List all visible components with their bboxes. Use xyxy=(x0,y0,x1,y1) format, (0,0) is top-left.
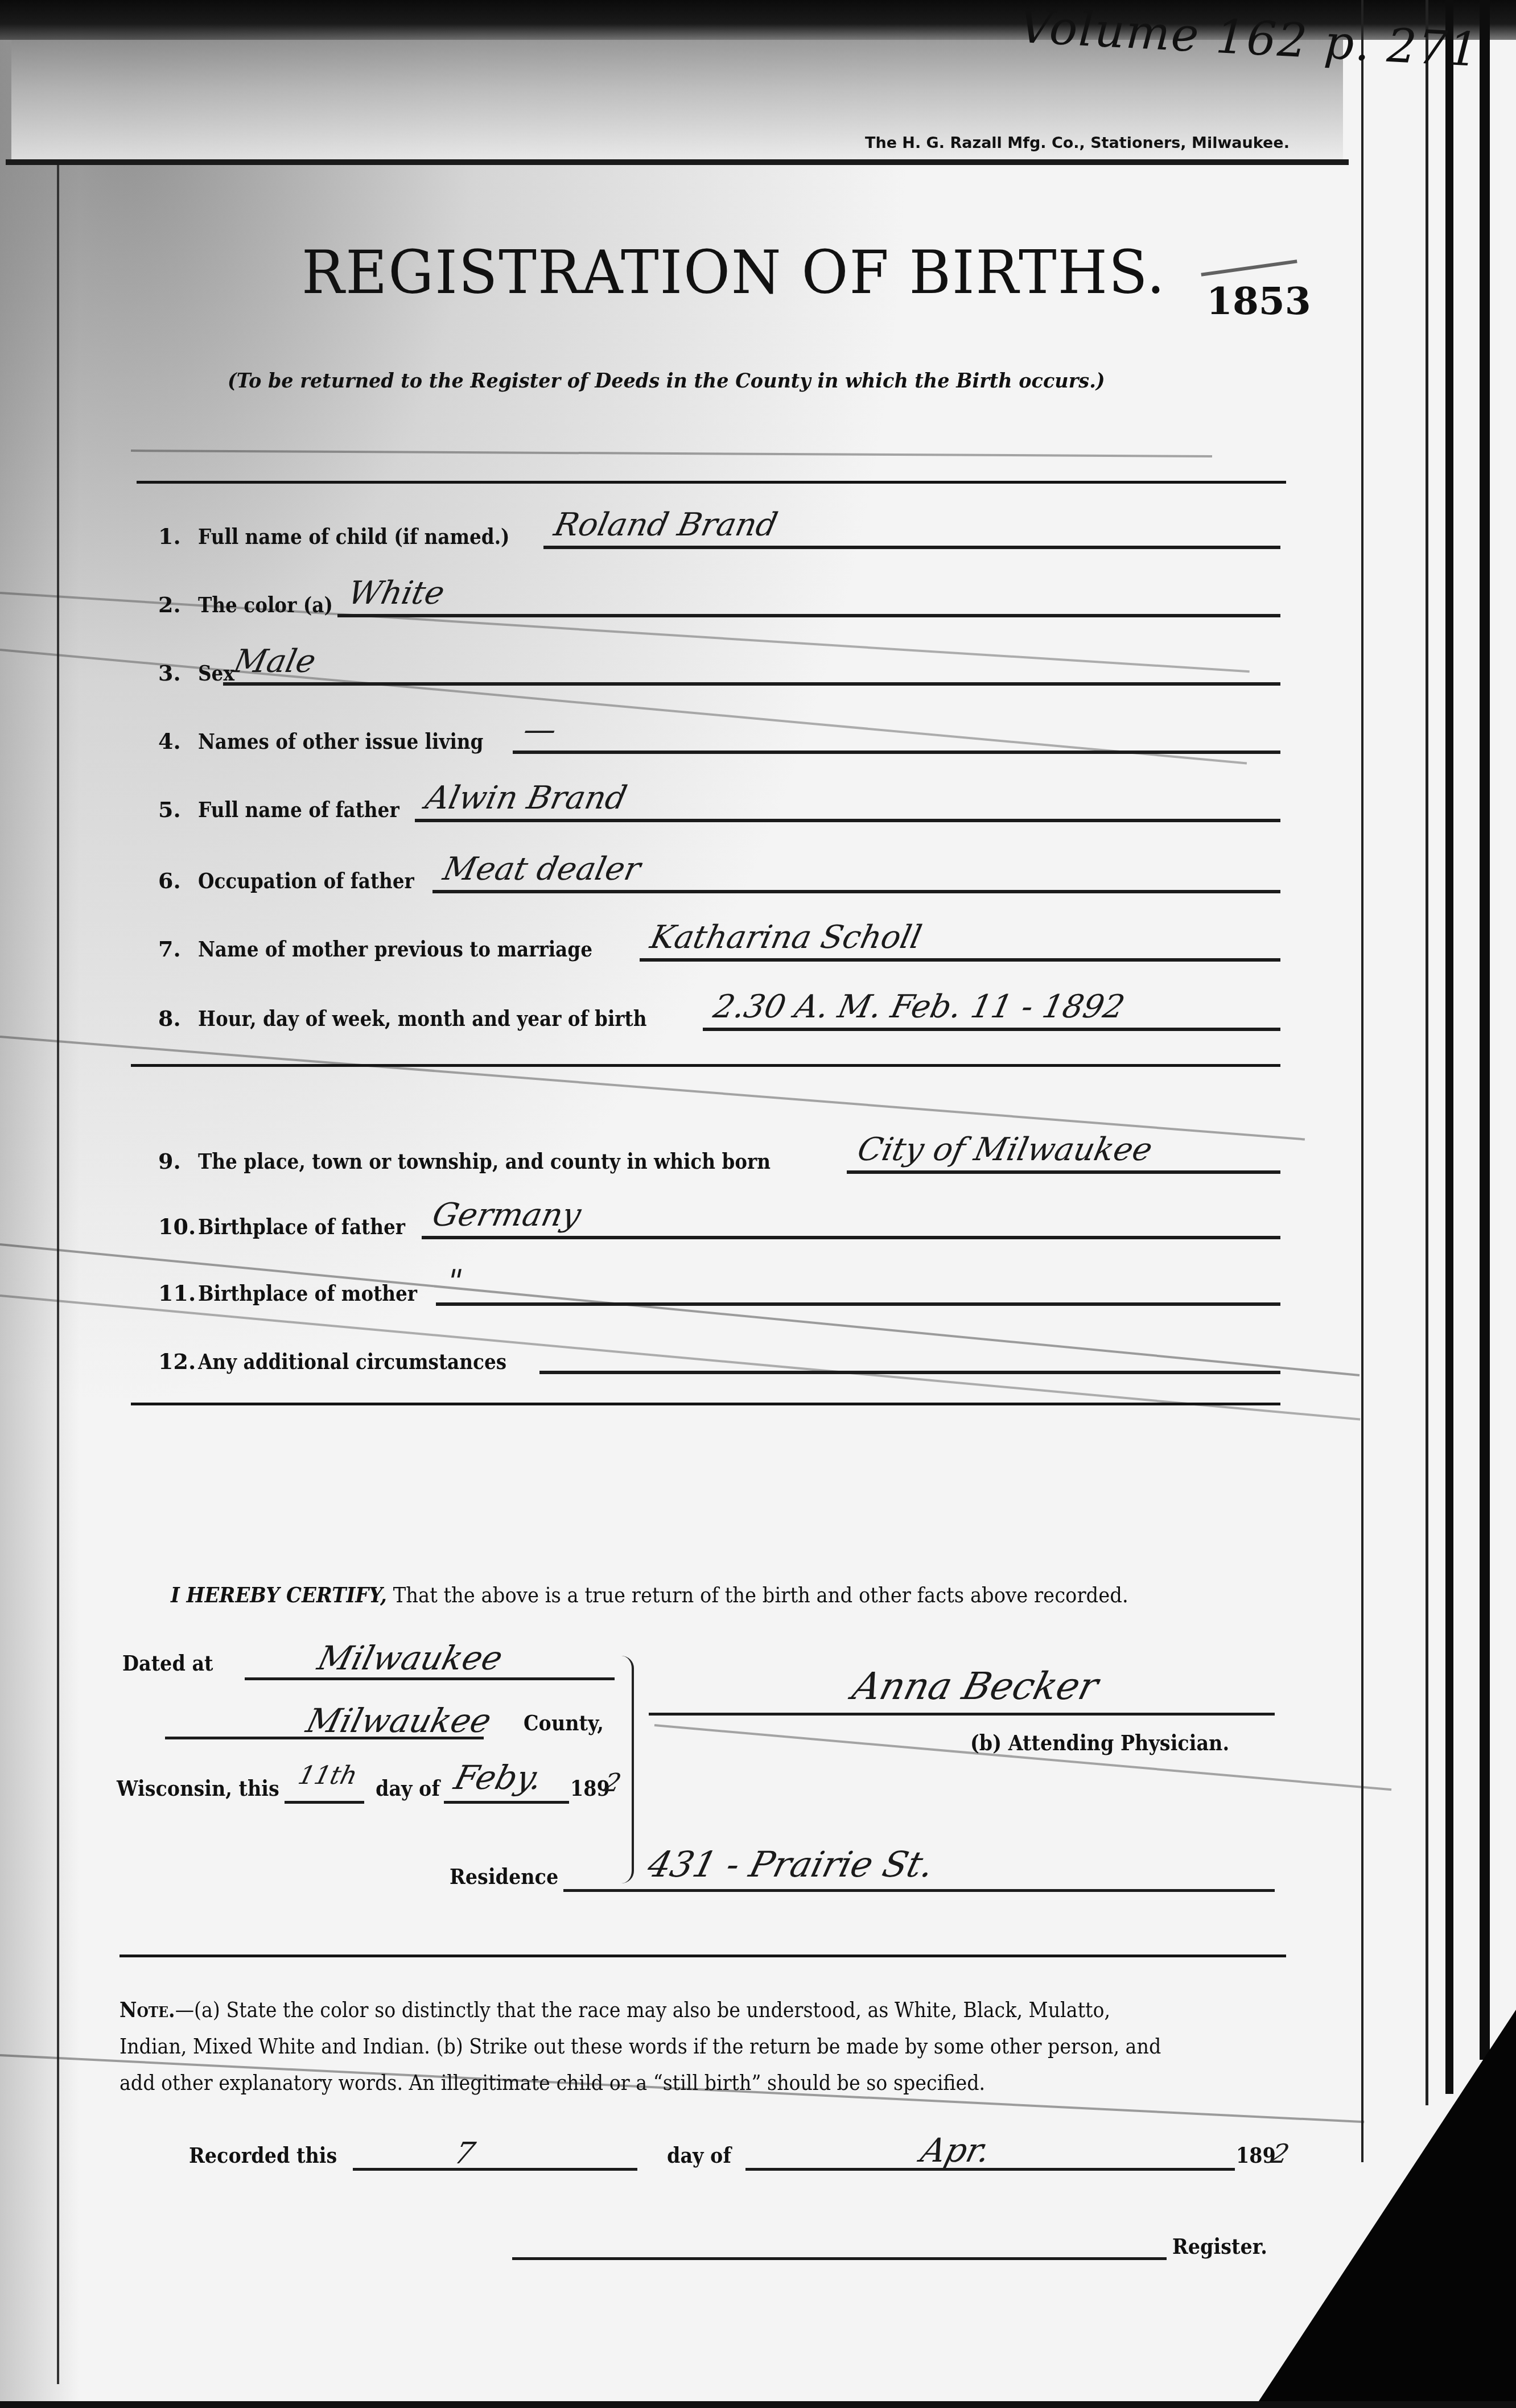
field-value: — xyxy=(520,711,560,748)
field-entry-line: Meat dealer xyxy=(432,856,1280,893)
register-label: Register. xyxy=(1172,2233,1267,2259)
field-value: Roland Brand xyxy=(551,506,781,543)
scan-bottom-edge xyxy=(0,2401,1516,2408)
field-label: Name of mother previous to marriage xyxy=(198,936,592,962)
note-heading: Note. xyxy=(120,1997,175,2022)
wisconsin-label: Wisconsin, this xyxy=(117,1775,279,1801)
field-entry-line: Germany xyxy=(422,1202,1280,1239)
field-label: Birthplace of mother xyxy=(198,1280,417,1306)
field-number: 3. xyxy=(158,660,198,686)
field-entry-line: City of Milwaukee xyxy=(847,1136,1280,1174)
section-rule xyxy=(137,481,1286,484)
field-number: 8. xyxy=(158,1005,198,1031)
field-row: 6.Occupation of fatherMeat dealer xyxy=(158,853,1280,893)
field-entry-line xyxy=(539,1337,1280,1374)
note-text: —(a) State the color so distinctly that … xyxy=(120,1998,1161,2095)
field-value: City of Milwaukee xyxy=(854,1131,1156,1168)
instructions-note: Note.—(a) State the color so distinctly … xyxy=(120,1991,1175,2101)
recorded-month-value: Apr. xyxy=(917,2131,995,2170)
field-entry-line: Katharina Scholl xyxy=(640,924,1280,962)
document-title: REGISTRATION OF BIRTHS. xyxy=(302,237,1166,307)
day-of-label: day of xyxy=(376,1775,440,1801)
field-value: 2.30 A. M. Feb. 11 - 1892 xyxy=(710,988,1128,1025)
field-entry-line: 2.30 A. M. Feb. 11 - 1892 xyxy=(703,993,1280,1031)
attending-physician-label: (b) Attending Physician. xyxy=(970,1730,1229,1755)
recorded-month-line xyxy=(745,2168,1235,2171)
day-line xyxy=(285,1801,364,1804)
field-label: Full name of father xyxy=(198,797,399,822)
field-number: 9. xyxy=(158,1148,198,1174)
field-row: 8.Hour, day of week, month and year of b… xyxy=(158,991,1280,1031)
dated-at-line xyxy=(245,1677,615,1680)
bracket xyxy=(621,1656,634,1883)
document-subtitle: (To be returned to the Register of Deeds… xyxy=(228,369,1105,393)
residence-line xyxy=(563,1889,1275,1892)
field-row: 5.Full name of fatherAlwin Brand xyxy=(158,782,1280,822)
field-label: Full name of child (if named.) xyxy=(198,523,510,549)
recorded-label: Recorded this xyxy=(189,2142,337,2168)
field-number: 7. xyxy=(158,936,198,962)
section-rule xyxy=(131,1403,1280,1405)
county-value: Milwaukee xyxy=(303,1701,496,1740)
left-margin-rule xyxy=(57,165,59,2384)
binding-rule xyxy=(1426,0,1428,2105)
section-rule xyxy=(120,1955,1286,1957)
binding-edge xyxy=(1445,0,1453,2094)
field-number: 1. xyxy=(158,523,198,549)
signature-line xyxy=(649,1713,1275,1716)
field-value: White xyxy=(345,575,448,612)
day-value: 11th xyxy=(295,1761,361,1790)
field-entry-line: " xyxy=(436,1268,1280,1306)
field-label: Birthplace of father xyxy=(198,1214,405,1239)
dated-at-value: Milwaukee xyxy=(314,1639,507,1677)
month-line xyxy=(444,1801,569,1804)
field-row: 12.Any additional circumstances xyxy=(158,1334,1280,1374)
dated-at-label: Dated at xyxy=(122,1650,213,1676)
field-row: 1.Full name of child (if named.)Roland B… xyxy=(158,509,1280,549)
field-label: Any additional circumstances xyxy=(198,1349,506,1374)
scan-corner-shadow xyxy=(1254,2010,1516,2408)
field-row: 9.The place, town or township, and count… xyxy=(158,1134,1280,1174)
field-entry-line: — xyxy=(513,716,1280,754)
field-number: 5. xyxy=(158,797,198,822)
physician-signature: Anna Becker xyxy=(848,1664,1102,1708)
field-number: 10. xyxy=(158,1214,198,1239)
field-row: 7.Name of mother previous to marriageKat… xyxy=(158,922,1280,962)
field-number: 12. xyxy=(158,1349,198,1374)
field-value: Male xyxy=(230,643,319,680)
stationer-imprint: The H. G. Razall Mfg. Co., Stationers, M… xyxy=(865,134,1290,152)
field-row: 10.Birthplace of fatherGermany xyxy=(158,1199,1280,1239)
field-entry-line: Alwin Brand xyxy=(415,785,1280,822)
field-number: 4. xyxy=(158,728,198,754)
field-label: Names of other issue living xyxy=(198,728,483,754)
field-label: Hour, day of week, month and year of bir… xyxy=(198,1005,646,1031)
field-row: 2.The color (a)White xyxy=(158,578,1280,617)
field-label: Occupation of father xyxy=(198,868,414,893)
registration-number: 1853 xyxy=(1206,279,1311,323)
certification-statement: I HEREBY CERTIFY, That the above is a tr… xyxy=(171,1582,1128,1607)
field-row: 11.Birthplace of mother" xyxy=(158,1266,1280,1306)
residence-value: 431 - Prairie St. xyxy=(644,1844,938,1885)
field-row: 4.Names of other issue living— xyxy=(158,714,1280,754)
certify-lead: I HEREBY CERTIFY, xyxy=(171,1582,387,1607)
residence-label: Residence xyxy=(450,1863,558,1889)
right-margin-rule xyxy=(1361,0,1363,2162)
field-number: 2. xyxy=(158,592,198,617)
field-entry-line: Roland Brand xyxy=(543,512,1280,549)
field-number: 11. xyxy=(158,1280,198,1306)
certify-text: That the above is a true return of the b… xyxy=(387,1582,1128,1607)
header-rule xyxy=(6,159,1349,165)
field-row: 3.SexMale xyxy=(158,646,1280,686)
register-signature-line xyxy=(512,2257,1167,2260)
field-entry-line: Male xyxy=(223,648,1280,686)
field-value: Katharina Scholl xyxy=(647,919,925,956)
field-number: 6. xyxy=(158,868,198,893)
field-value: Meat dealer xyxy=(440,851,644,888)
field-label: The color (a) xyxy=(198,592,333,617)
county-label: County, xyxy=(524,1710,604,1735)
recorded-day-of-label: day of xyxy=(667,2142,731,2168)
field-label: The place, town or township, and county … xyxy=(198,1148,771,1174)
binding-edge-outer xyxy=(1480,0,1490,2060)
recorded-day-line xyxy=(353,2168,637,2171)
month-value: Feby. xyxy=(451,1758,547,1797)
field-value: Alwin Brand xyxy=(422,780,630,817)
field-value: Germany xyxy=(429,1197,584,1234)
field-entry-line: White xyxy=(337,580,1280,617)
field-value: " xyxy=(443,1263,466,1300)
section-rule xyxy=(131,1064,1280,1067)
